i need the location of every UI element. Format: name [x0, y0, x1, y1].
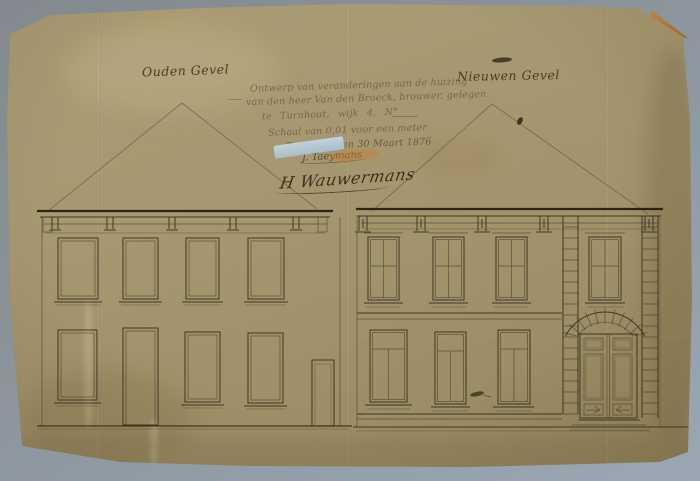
ink-speck [516, 116, 524, 125]
cornice-brackets [49, 217, 302, 230]
lower-window [431, 332, 470, 411]
nieuwen-gevel-drawing [353, 57, 692, 431]
scan-background: Ouden Gevel Nieuwen Gevel Ontwerp van ve… [0, 0, 700, 481]
upper-window [244, 238, 288, 305]
side-gate [312, 360, 334, 426]
upper-window [182, 238, 223, 305]
lower-window [365, 330, 412, 409]
string-course [357, 313, 562, 319]
upper-window [492, 237, 531, 307]
cornice-brackets [355, 216, 657, 232]
door-arch [563, 309, 646, 337]
upper-window [119, 238, 162, 305]
left-facade-title: Ouden Gevel [142, 61, 230, 79]
double-door [570, 334, 649, 430]
ink-smudge [492, 57, 512, 63]
upper-window [54, 238, 102, 305]
pen-dash [228, 99, 242, 100]
cornice [355, 209, 663, 232]
ink-smudge [470, 390, 485, 397]
cornice [37, 211, 333, 233]
quoin-ladder-left [563, 216, 578, 414]
lower-window [54, 330, 101, 406]
lower-window [181, 332, 224, 408]
drawing-sheet: Ouden Gevel Nieuwen Gevel Ontwerp van ve… [0, 0, 700, 481]
lower-window [493, 330, 534, 411]
cornice-end-block [318, 217, 327, 232]
facade-linework [0, 0, 700, 481]
door-opening [123, 328, 158, 425]
upper-window [585, 237, 625, 307]
upper-window [429, 237, 468, 307]
door-panel-ornament [586, 406, 600, 413]
plinth [357, 414, 562, 419]
door-panel-ornament [616, 406, 630, 413]
roof-outline [372, 104, 648, 214]
upper-window [364, 237, 403, 307]
quoin-ladder-right [642, 216, 658, 418]
right-facade-title: Nieuwen Gevel [457, 67, 560, 84]
lower-window [244, 333, 287, 409]
